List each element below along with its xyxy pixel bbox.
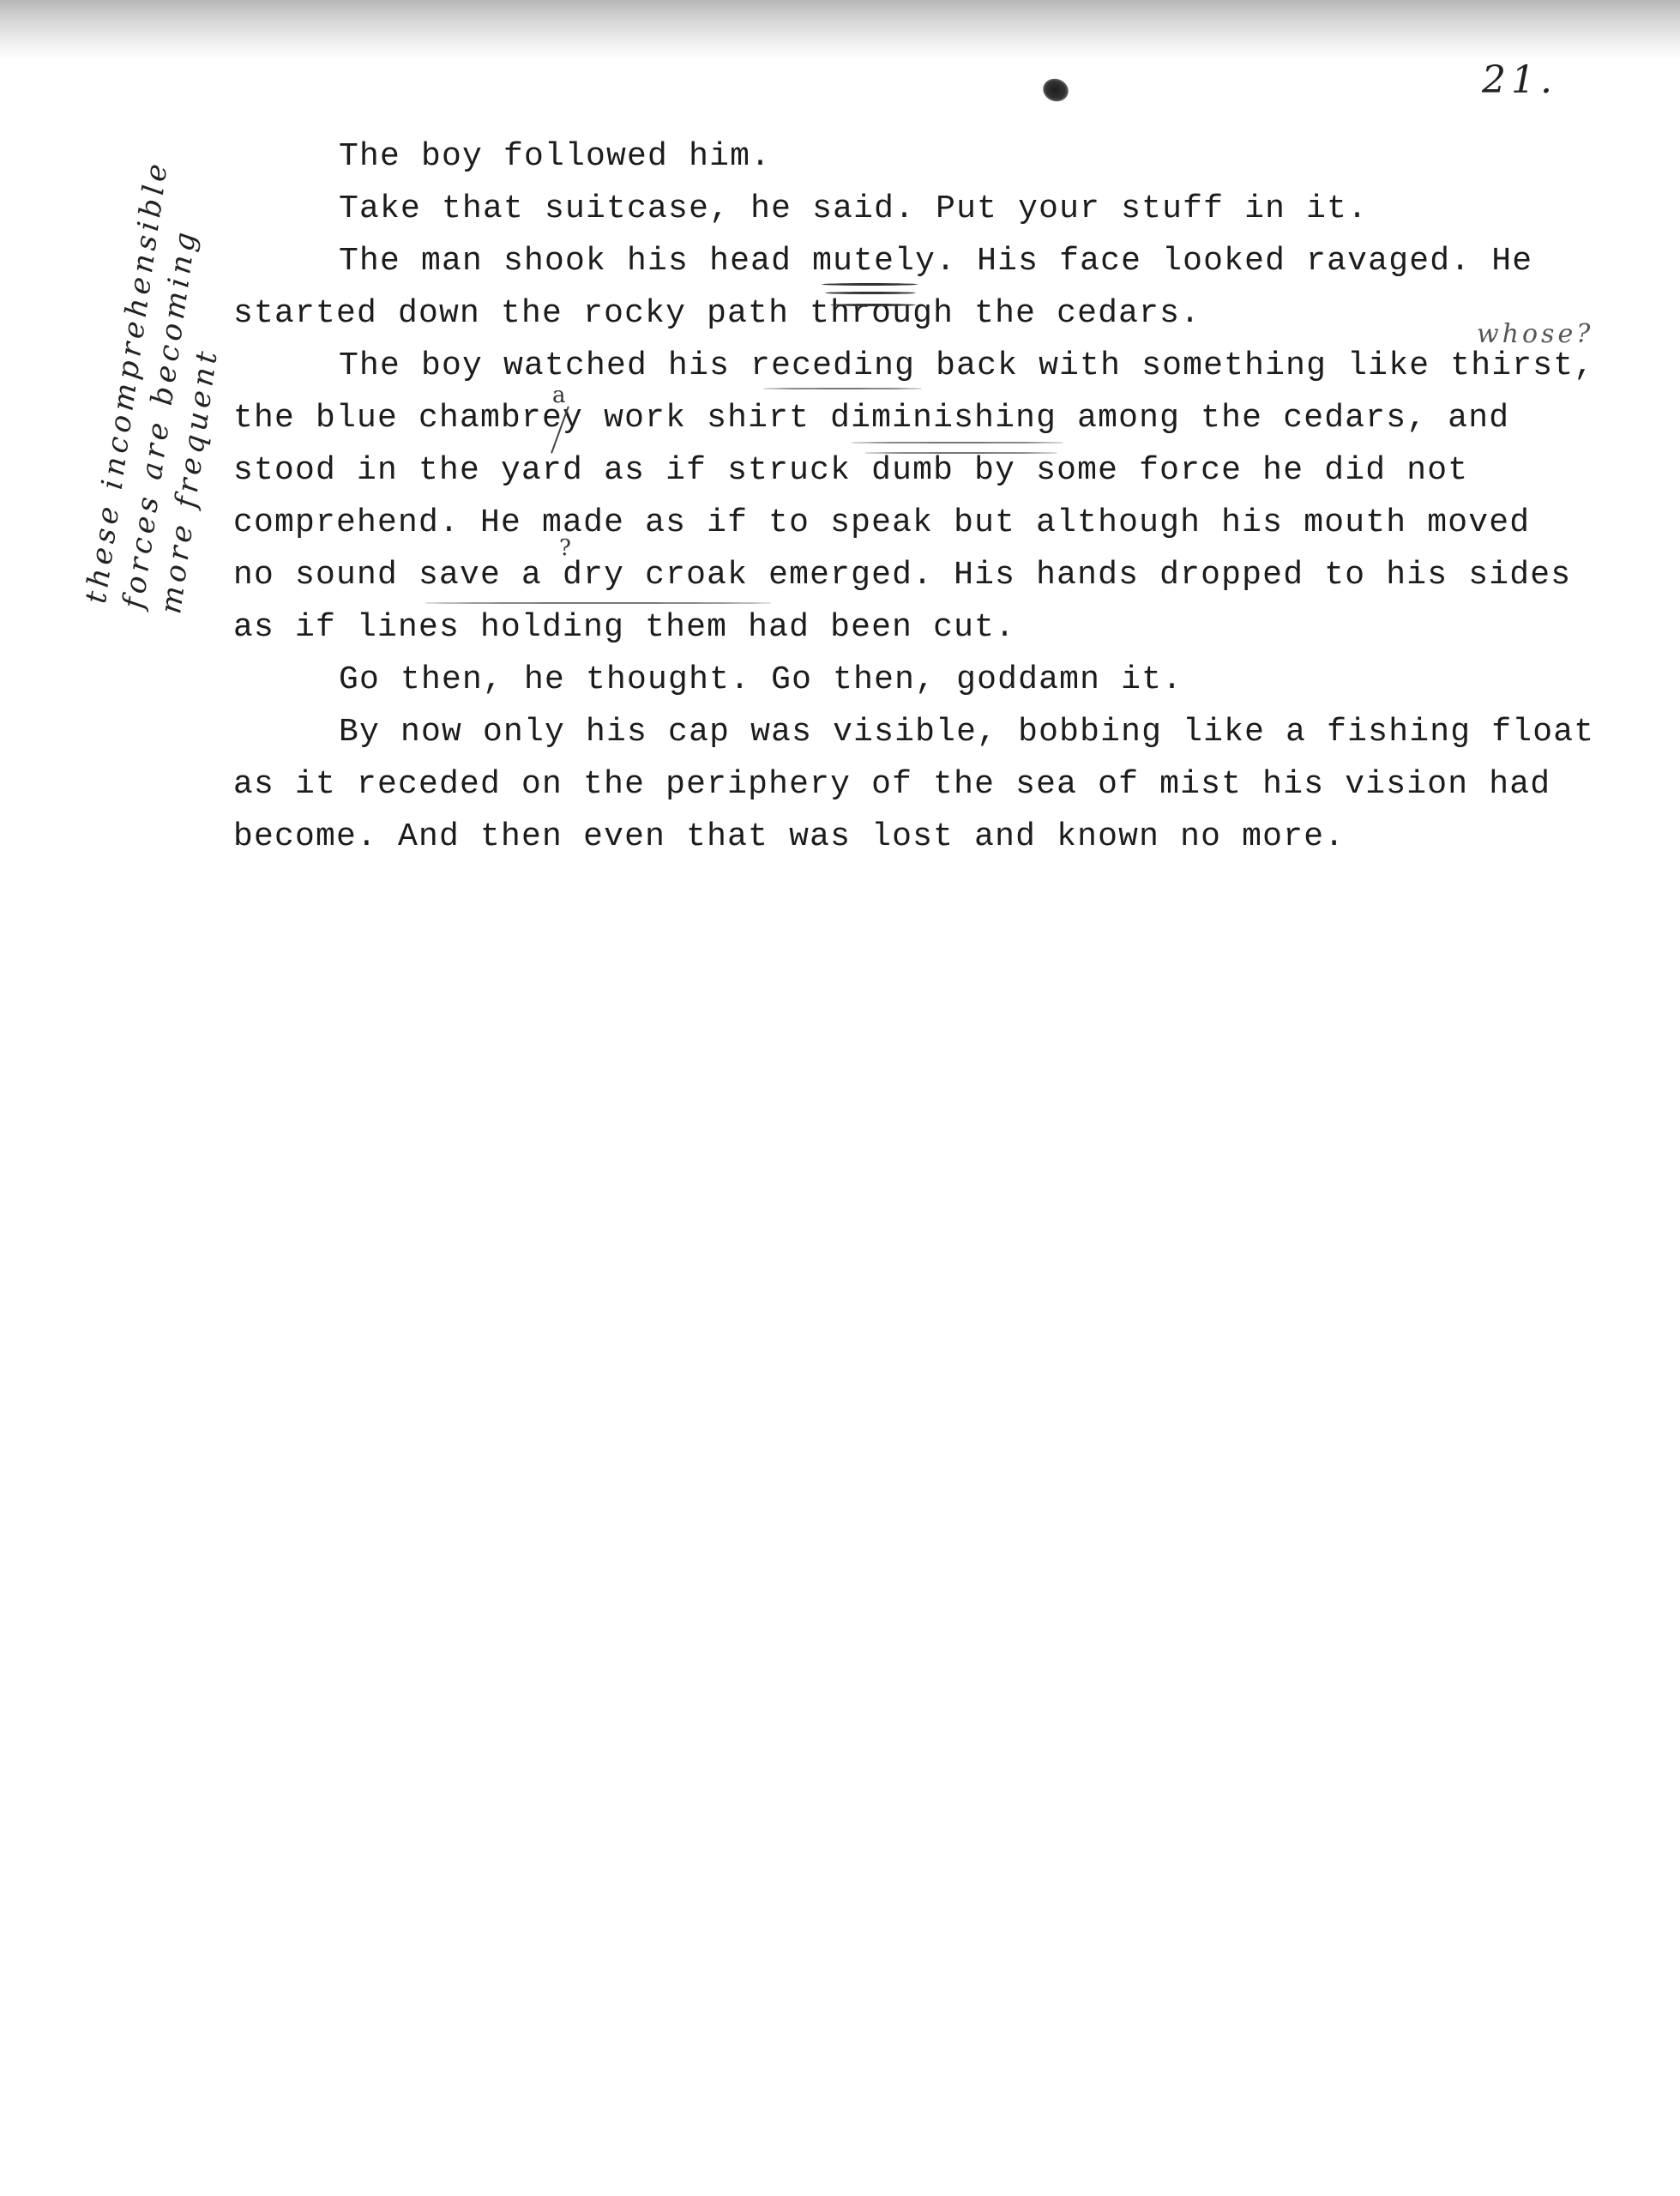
typed-line: comprehend. He made as if to speak but a… (233, 506, 1530, 540)
typed-line: The boy watched his receding back with s… (339, 349, 1594, 383)
underline-mutely-second (825, 292, 916, 294)
scan-top-shadow (0, 0, 1680, 60)
insertion-query: ? (559, 535, 571, 561)
typed-line: stood in the yard as if struck dumb by s… (233, 454, 1468, 488)
underline-receding (763, 388, 922, 389)
typed-line: Take that suitcase, he said. Put your st… (339, 192, 1368, 226)
underline-mutely (822, 283, 918, 286)
typed-line: become. And then even that was lost and … (233, 820, 1345, 854)
typed-line: as it receded on the periphery of the se… (233, 768, 1551, 802)
typed-line: Go then, he thought. Go then, goddamn it… (339, 663, 1183, 697)
typed-line: the blue chambrey work shirt diminishing… (233, 401, 1509, 436)
query-note-whose: whose? (1477, 319, 1593, 349)
ink-blot (1039, 75, 1071, 106)
insertion-a: a (552, 383, 566, 408)
margin-handwritten-note: these incomprehensible forces are becomi… (77, 159, 251, 616)
page-number: 21. (1482, 58, 1557, 102)
underline-through (830, 304, 916, 306)
typed-line: as if lines holding them had been cut. (233, 611, 1015, 645)
typed-line: started down the rocky path through the … (233, 297, 1201, 331)
typed-line: By now only his cap was visible, bobbing… (339, 715, 1594, 750)
underline-diminishing-second (864, 452, 1057, 454)
underline-diminishing (851, 442, 1063, 443)
typed-line: The man shook his head mutely. His face … (339, 244, 1532, 279)
underline-save-a-dry-croak (425, 602, 772, 604)
typed-line: The boy followed him. (339, 140, 771, 174)
typed-line: no sound save a dry croak emerged. His h… (233, 558, 1571, 593)
